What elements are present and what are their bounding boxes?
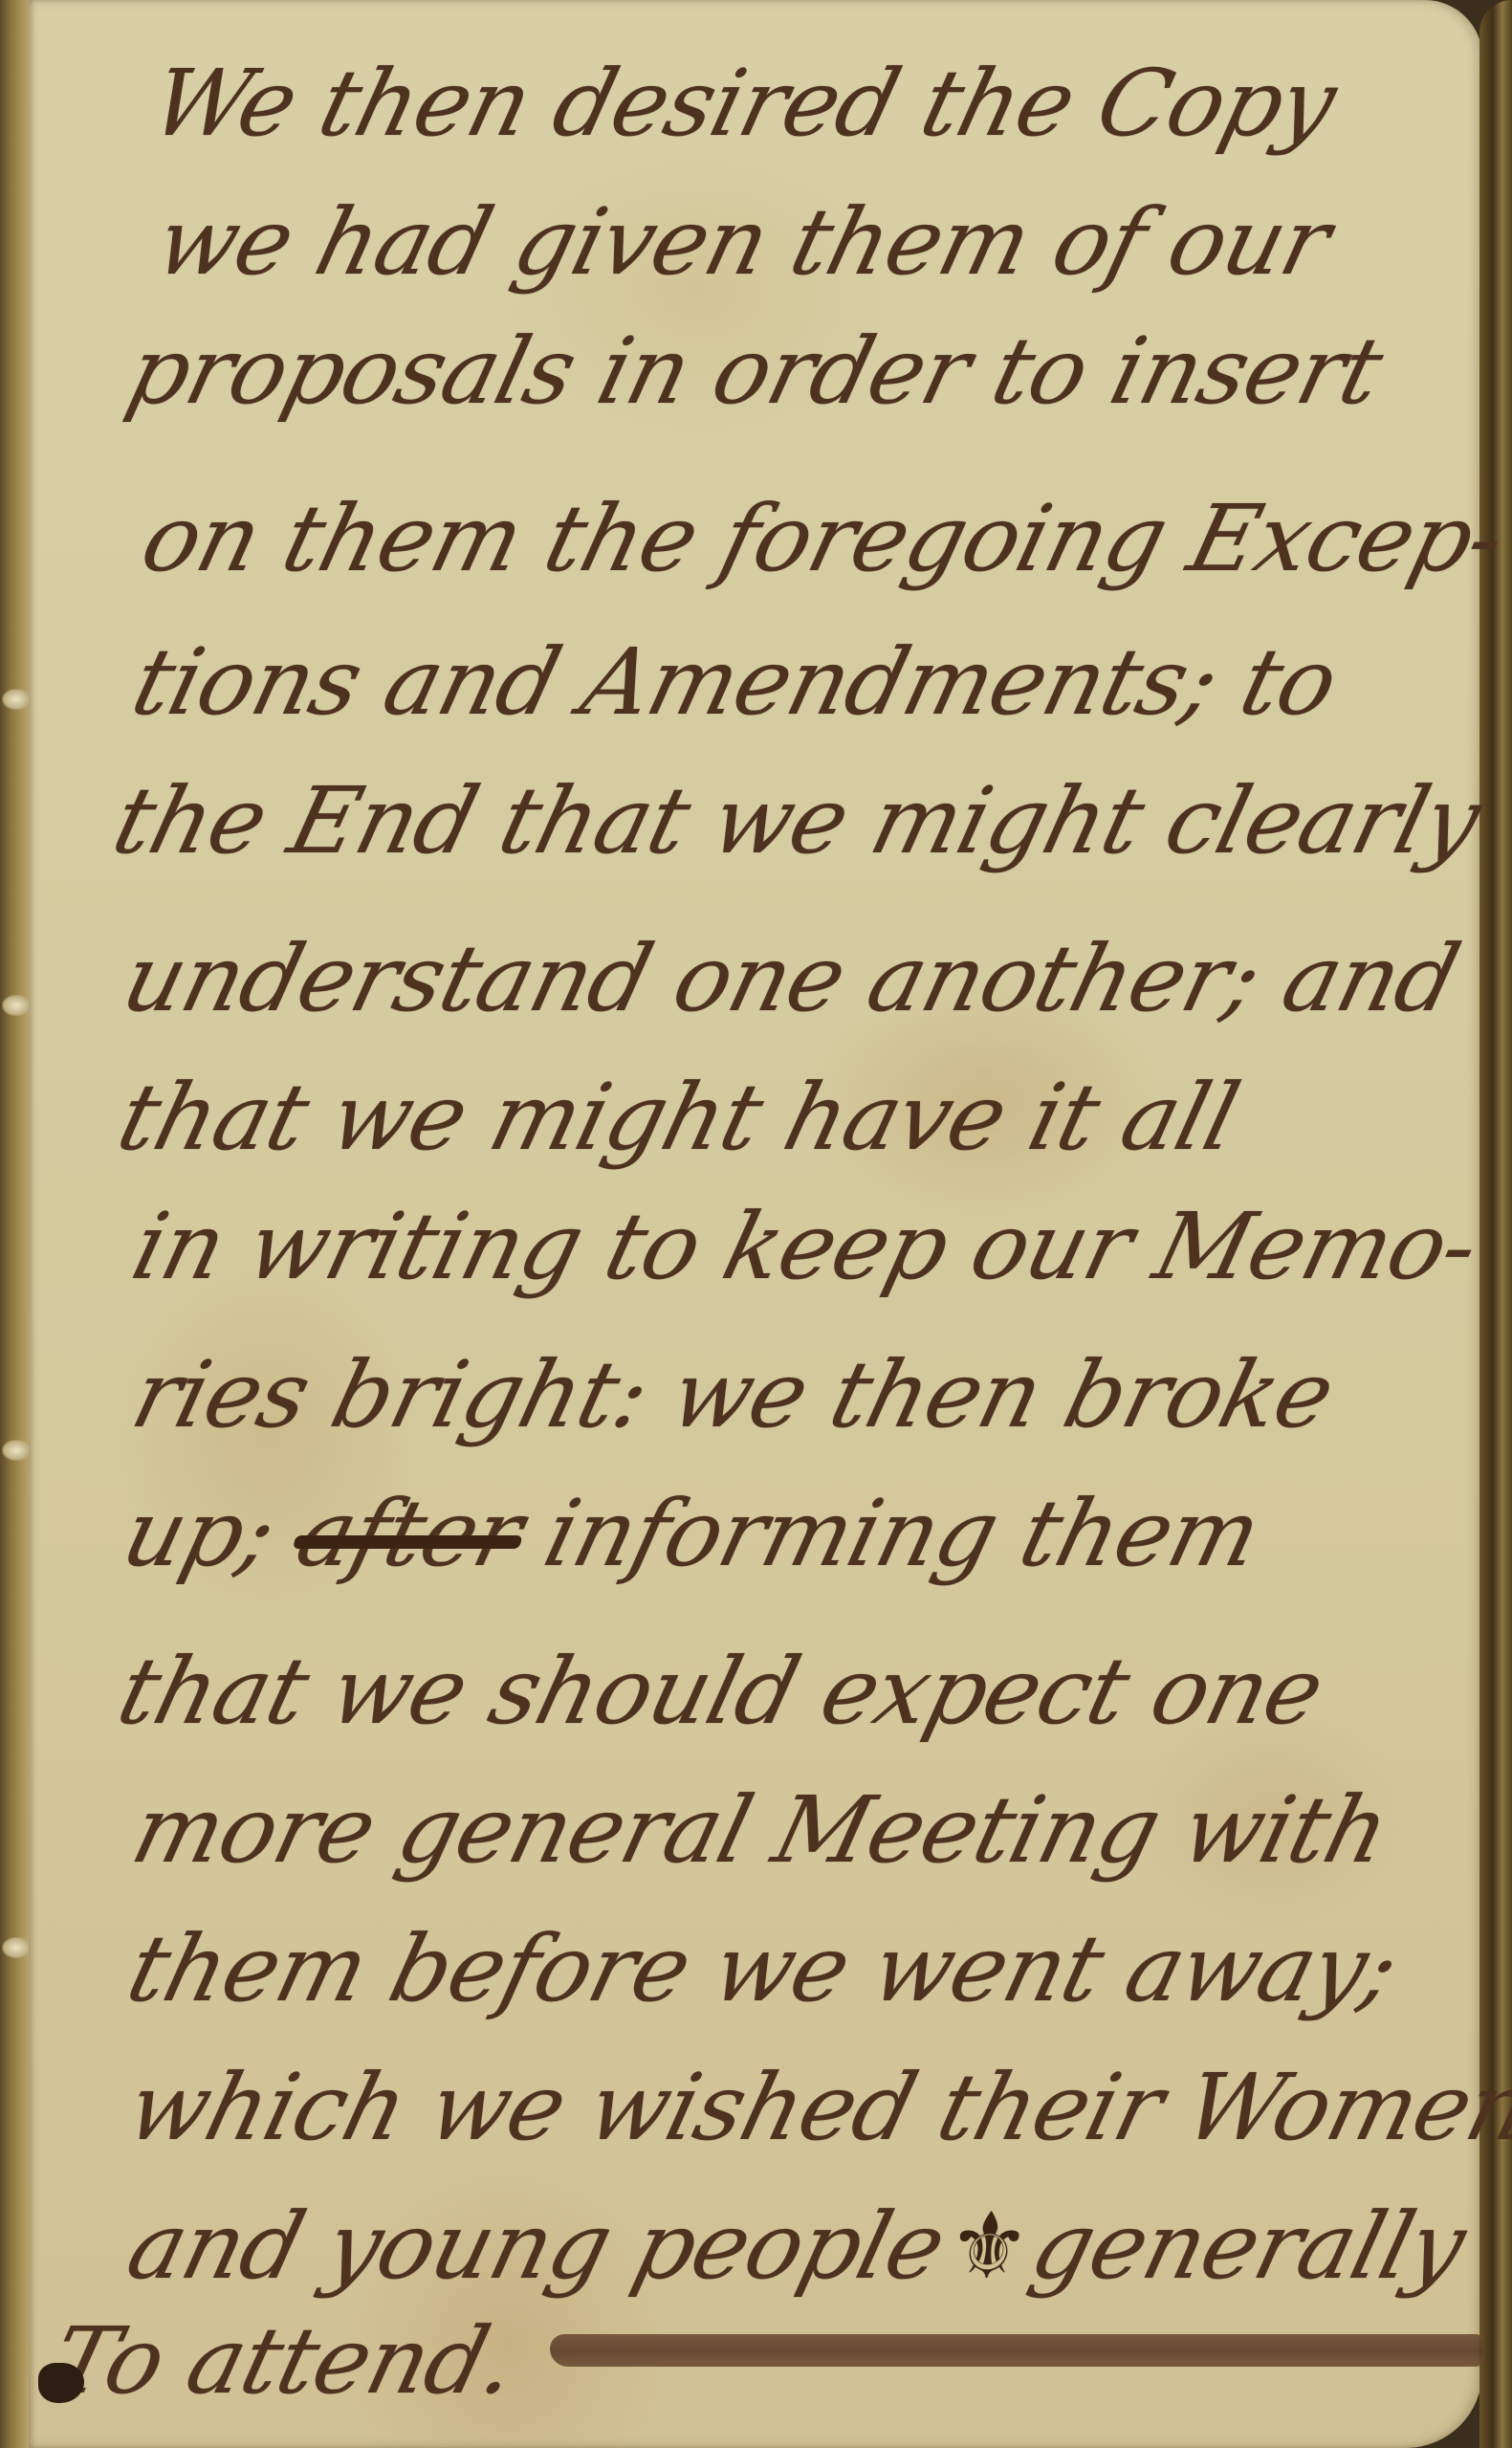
line-text: informing them <box>506 1480 1270 1587</box>
line-text: generally <box>1021 2193 1476 2300</box>
binding-stitch <box>2 1440 31 1461</box>
manuscript-line-6: the End that we might clearly <box>105 775 1488 867</box>
line-text: up; <box>113 1480 314 1587</box>
manuscript-line-7: understand one another; and <box>115 933 1467 1025</box>
manuscript-line-5: tions and Amendments; to <box>124 636 1346 728</box>
manuscript-line-9: in writing to keep our Memo- <box>124 1201 1486 1292</box>
struck-word: after <box>287 1480 533 1587</box>
manuscript-line-4: on them the foregoing Excep- <box>134 493 1512 584</box>
ink-flourish-line <box>550 2334 1482 2367</box>
manuscript-line-10: ries bright: we then broke <box>124 1349 1342 1441</box>
binding-stitch <box>2 689 31 710</box>
manuscript-line-8: that we might have it all <box>110 1071 1246 1163</box>
manuscript-line-2: we had given them of our <box>148 196 1338 288</box>
manuscript-line-16: and young people⚜generally <box>120 2200 1473 2292</box>
manuscript-line-17: To attend. <box>43 2315 525 2407</box>
manuscript-line-12: that we should expect one <box>110 1645 1331 1737</box>
manuscript-line-13: more general Meeting with <box>124 1784 1397 1876</box>
manuscript-line-15: which we wished their Women <box>120 2062 1512 2153</box>
binding-stitch <box>2 1937 31 1958</box>
manuscript-line-1: We then desired the Copy <box>143 57 1344 149</box>
binding-stitch <box>2 995 31 1016</box>
line-text: and young people <box>118 2193 955 2300</box>
manuscript-line-14: them before we went away; <box>120 1923 1406 2015</box>
manuscript-line-3: proposals in order to insert <box>120 325 1391 417</box>
manuscript-line-11: up; after informing them <box>115 1488 1268 1579</box>
ink-mark-symbol-icon: ⚜ <box>944 2200 1032 2292</box>
